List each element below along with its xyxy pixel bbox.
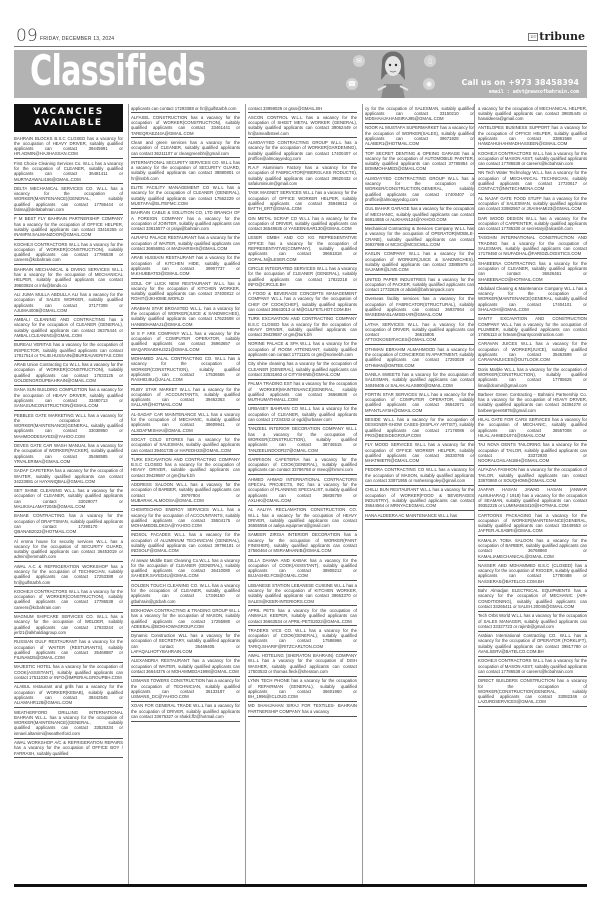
classified-ad: cy for the occupation of SALESMAN, suita…: [365, 104, 474, 124]
classified-ad: DIRECT BUILDERS CONSTRUCTION has a vacan…: [478, 677, 587, 707]
contact-email: email : advt@newsofbahrain.com: [489, 89, 579, 95]
classified-ad: SADAF CAFETERIA has a vacancy for the oc…: [14, 467, 123, 487]
classified-ad: TOP SECRET DENTING & OPEING GARAGE has a…: [365, 149, 474, 174]
classified-ad: KOOHEJI CONTRACTORS W.L.L has a vacancy …: [14, 240, 123, 265]
classified-ad: HILAL GATE FOR CARS SERVICES has a vacan…: [478, 416, 587, 441]
classified-ad: Dynamic Construction WLL has a vacancy f…: [131, 632, 240, 657]
mail-icon: ✉: [353, 55, 365, 67]
classified-ad: SOUL OF LUCK NEW RESTAURANT W.L.L has a …: [131, 279, 240, 304]
classified-ad: BANAB CONTRACTING has a vacancy for the …: [14, 512, 123, 537]
classified-ad: M S F ARK COMPANY W.L.L has a vacancy fo…: [131, 329, 240, 354]
column-4: cy for the occupation of SALESMAN, suita…: [365, 104, 474, 884]
classified-ad: FLY MOOD SERVICES W.L.L has a vacancy fo…: [365, 441, 474, 466]
classified-ad: a vacancy for the occupation of MECHANIC…: [478, 104, 587, 124]
classified-ad: BUREAU VERITAS has a vacancy for the occ…: [14, 341, 123, 361]
classified-ad: BESIDE W.L.L has a vacancy for the occup…: [365, 416, 474, 441]
classified-ad: AMBALI CLEANING AND CONTRACTING has a va…: [14, 316, 123, 341]
classified-ad: FEDORA CONTRACTING CO W.L.L has a vacanc…: [365, 466, 474, 486]
classified-ad: TAJ NOVA GENTS TAILORING has a vacancy f…: [478, 441, 587, 466]
mobile-icon: ▯: [424, 55, 436, 67]
classified-ad: NOOR AL MUSTAFA SUPERMARKET has a vacanc…: [365, 124, 474, 149]
classified-columns: VACANCIES AVAILABLE BAHRAIN BLOCKS B.S.C…: [14, 104, 587, 884]
column-5: a vacancy for the occupation of MECHANIC…: [478, 104, 587, 884]
classified-ad: ELITE FACILITY MANAGEMENT CO W.L.L has a…: [131, 184, 240, 209]
classified-ad: ADDRESS SALOON W.L.L has a vacancy for t…: [131, 481, 240, 506]
classified-ad: Barbeer Green Contracting - Bahraini Par…: [478, 390, 587, 415]
classified-ad: ALEXANDRIA RESTAURANT has a vacancy for …: [131, 657, 240, 677]
classified-ad: LATHA SERVICES W.L.L has a vacancy for t…: [365, 320, 474, 345]
classified-ad: R.A.F Aluminium Factory has a vacancy fo…: [248, 164, 357, 189]
column-2: applicants can contact 17293388 or hr@gu…: [131, 104, 240, 884]
classified-ad: NORINE PALACE & SPA W.L.L has a vacancy …: [248, 340, 357, 360]
classified-ad: ALMOAYYED CONTRACTING GROUP W.L.L has a …: [365, 174, 474, 204]
column-1: VACANCIES AVAILABLE BAHRAIN BLOCKS B.S.C…: [14, 104, 123, 884]
classified-ad: KOOHEJI CONTRACTORS W.L.L has a vacancy …: [478, 657, 587, 677]
classified-ad: ASCON CONTROL W.L.L has a vacancy for th…: [248, 113, 357, 138]
classified-ad: BOKHOWA CONTRACTING & TRADING GROUP W.L.…: [131, 606, 240, 631]
page-header: 09 FRIDAY, DECEMBER 13, 2024 DTtribune: [14, 28, 587, 47]
classified-ad: KOOHEJI CONTRACTORS W.L.L has a vacancy …: [478, 149, 587, 169]
classified-ad: ALI JUMA MULLA ABDULLA ALI has a vacancy…: [14, 290, 123, 315]
classified-ad: ALFASEL CONSTRUCTION has a vacancy for t…: [131, 113, 240, 138]
classified-ad: KASLIN COMPANY W.L.L has a vacancy for t…: [365, 250, 474, 275]
classified-ad: PALMA TRADING EST has a vacancy for the …: [248, 380, 357, 405]
classified-ad: TANZEEL INTERIOR DECORATION COMPANY W.L.…: [248, 425, 357, 455]
classified-ad: DANILA SWEETS has a vacancy for the occu…: [365, 370, 474, 390]
classified-ad: BAHRAIN MECHANICAL & DIVING SERVICES W.L…: [14, 265, 123, 290]
classified-ad: TASGHIN INTERNATIONAL CONSTRUCTION AND T…: [478, 234, 587, 259]
classified-ad: ALMOAYYED CONTRACTING GROUP W.L.L has a …: [248, 138, 357, 163]
classified-ad: MOHAMED JALAL CONTRACTING CO. W.L.L has …: [131, 355, 240, 385]
classified-ad: DEVES GATE CAR WASH MANUAL has a vacancy…: [14, 442, 123, 467]
classified-ad: USMANS TOWERS CONSTRUCTION has a vacancy…: [131, 677, 240, 702]
classified-ad: JAAFAR HASAN JAWAD HASAN (ANWAR ALMUHARA…: [478, 486, 587, 511]
classified-ad: Al emma house for security services W.L.…: [14, 537, 123, 562]
classified-ad: Bahr Almadjan ELECTRICAL EQUIPMENTS has …: [478, 587, 587, 612]
column-3: contact 33959029 or gsss@GMAIL.BHASCON C…: [248, 104, 357, 884]
classified-ad: Tech Orbit World W.L.L has a vacancy for…: [478, 612, 587, 632]
classified-ad: INTERNATIONAL SECURITY SERVICES CO. W.L.…: [131, 158, 240, 183]
logo-mark: DT: [528, 33, 538, 41]
classified-ad: ALRAFIJ PALACE RESTAURANT has a vacancy …: [131, 234, 240, 254]
classified-ad: TURK EXCAVATION AND CONTRACTING COMPANY …: [248, 315, 357, 340]
banner-title: Classifieds: [30, 50, 205, 95]
classified-ad: URBASEY BAHRAIN CO W.L.L has a vacancy f…: [248, 405, 357, 425]
classified-ad: ALABUL restaurant and grills has a vacan…: [14, 683, 123, 708]
contact-phone: Call us on +973 38458394: [462, 78, 579, 87]
classified-ad: TASK MAGNET SERVICES W.L.L has a vacancy…: [248, 189, 357, 214]
support-agent-illustration: [376, 50, 410, 98]
newspaper-logo: DTtribune: [528, 30, 585, 43]
classified-ad: APRIL PETS has a vacancy for the occupat…: [248, 606, 357, 626]
classified-ad: LESER GMBH AND CO KG REPRESENTATIVE OFFI…: [248, 234, 357, 264]
classified-ad: DELTA MECHANICAL SERVICES CO. W.L.L has …: [14, 184, 123, 214]
classified-ad: ANTELOPES BUSINESS SUPPORT has a vacancy…: [478, 124, 587, 149]
classified-ad: RUBY STAR MARKET W.L.L has a vacancy for…: [131, 385, 240, 410]
classified-ad: RUSSIAN GULF RESTAURANT has a vacancy fo…: [14, 638, 123, 663]
logo-text: tribune: [539, 30, 585, 43]
classified-ad: AWAL WORKSHOP A/C & REFRIGERATION REPAIR…: [14, 739, 123, 759]
classified-ad: MAJESTIC HOTEL has a vacancy for the occ…: [14, 663, 123, 683]
classified-ad: WEATHERFORD DRILLING INTERNATIONAL BAHRA…: [14, 708, 123, 738]
classified-ad: MD SHAHJAHAN SIRAJ FOR TEXTILES- BAHRAIN…: [248, 702, 357, 717]
classified-ad: ARAB HUSSAIN RESTAURANT has a vacancy fo…: [131, 254, 240, 279]
classified-ad: AL AALIYA RECLAMATION CONSTRUCTION CO. W…: [248, 506, 357, 531]
classified-ad: SHABEENA CONTRACTING has a vacancy for t…: [478, 259, 587, 284]
classified-ad: Mechanical Contracting & Services Compan…: [365, 225, 474, 250]
classified-ad: GUL BAHAR GARAGE has a vacancy for the o…: [365, 205, 474, 225]
classified-ad: AL-SADAF CAR MAINTENANCE W.L.L has a vac…: [131, 410, 240, 435]
classified-ad: KAMALIA TOBA SALOON has a vacancy for th…: [478, 536, 587, 561]
classified-ad: F M BEST FLY BAHRAIN PARTNERSHIP COMPANY…: [14, 215, 123, 240]
classified-ad: UNITED PAPER INDUSTRIES has a vacancy fo…: [365, 275, 474, 295]
classified-ad: contact 33959029 or gsss@GMAIL.BH: [248, 104, 357, 113]
classified-ad: CARAVAN JUICES W.L.L has a vacancy for t…: [478, 340, 587, 365]
classified-ad: GOLDEN TOUCH CLEANING CO. W.L.L has a va…: [131, 581, 240, 606]
classified-ad: AWAL HOTELING (SHERATON BAHRAIN) COMPANY…: [248, 652, 357, 677]
classified-ad: TURK EXCAVATION AND CONTRACTING COMPANY …: [131, 455, 240, 480]
bottom-rule: [14, 884, 587, 887]
classified-ad: FORTIN STAR SERVICES W.L.L has a vacancy…: [365, 390, 474, 415]
classified-ad: First Choice Cleaning Services Co. W.L.L…: [14, 159, 123, 184]
classified-ad: DILLA DAHWA AND KABAK has a vacancy for …: [248, 556, 357, 581]
classified-ad: Abdulaal Cleaning & Maintenance Company …: [478, 284, 587, 314]
classified-ad: ARABIAN STAR BROASTED W.L.L. has a vacan…: [131, 304, 240, 329]
classified-ad: CHILLI BUN RESTAURANT W.L.L has a vacanc…: [365, 486, 474, 511]
classified-ad: HANA ALDEERA AC MAINTENANCE W.L.L has: [365, 511, 474, 520]
classified-ad: A FOOD & BEVERAGE CONCEPTS MANAGEMENT CO…: [248, 290, 357, 315]
classified-ad: Overseas facility services has a vacancy…: [365, 295, 474, 320]
classified-ad: CHEMTECHNO ENERGY SERVICES W.L.L has a v…: [131, 506, 240, 531]
classified-ad: SOCAT COLD STORES has a vacancy for the …: [131, 435, 240, 455]
classified-ad: AHMED AHMAD INTERNATIONAL CONTRACTORS SP…: [248, 475, 357, 505]
classified-ad: GIN METAL SCRAP CO W.L.L has a vacancy f…: [248, 214, 357, 234]
classified-ad: NASSER ABD MOHAMMED B.S.C (CLOSED) has a…: [478, 561, 587, 586]
phone-icon: ☎: [346, 78, 358, 90]
classified-ad: BAHRAIN CABLE & SOLUTION CO, LTD BRANCH …: [131, 209, 240, 234]
classified-ad: BAHRAIN BLOCKS B.S.C CLOSED has a vacanc…: [14, 134, 123, 159]
globe-icon: ◉: [423, 78, 435, 90]
classified-ad: Doris Marble W.L.L has a vacancy for the…: [478, 365, 587, 390]
classified-ad: NN Tech Water Technology W.L.L has a vac…: [478, 169, 587, 194]
classified-ad: Al anwar Middle East Cleaning Co.W.L.L h…: [131, 556, 240, 581]
classified-ad: Arabian International Contracting CO. W.…: [478, 632, 587, 657]
classified-ad: SET SHINE CLEANING W.L.L has a vacancy f…: [14, 487, 123, 512]
classified-ad: XOAN FOR GENERAL TRADE W.L.L has a vacan…: [131, 702, 240, 722]
classified-ad: PEBBLES GATE MARKETING W.L.L has a vacan…: [14, 411, 123, 441]
classified-ad: ARAB Union Contracting Co W.L.L has a va…: [14, 361, 123, 386]
classified-ad: DAR WOOD DESIGN W.L.L has a vacancy for …: [478, 214, 587, 234]
classified-ad: AWAL A.C & REFRIGERATION WORKSHOP has a …: [14, 562, 123, 587]
classified-ad: INDSOL FACADES W.L.L has a vacancy for t…: [131, 531, 240, 556]
classified-ad: SANA SUN BUILDING COMPLETION has a vacan…: [14, 386, 123, 411]
classified-ad: GARRISON CAFETERIA has a vacancy for the…: [248, 455, 357, 475]
issue-date: FRIDAY, DECEMBER 13, 2024: [40, 36, 114, 42]
classified-ad: AL NAJAF GATE FOOD STUFF has a vacancy f…: [478, 194, 587, 214]
classified-ad: TRADERS VICS CO. W.L.L has a vacancy for…: [248, 626, 357, 651]
classified-ad: Clean and green services has a vacancy f…: [131, 138, 240, 158]
section-heading: VACANCIES AVAILABLE: [14, 104, 123, 132]
classified-ad: KOOHEJI CONTRACTORS W.L.L has a vacancy …: [14, 587, 123, 612]
classified-ad: LEBANESE STATION LEBANESE CUISINE W.L.L …: [248, 581, 357, 606]
classified-ad: ALFAZAA FASHION has a vacancy for the oc…: [478, 466, 587, 486]
classified-ad: CARTOONS PACKAGING has a vacancy for the…: [478, 511, 587, 536]
classified-ad: LYNN TECH PHONE has a vacancy for the oc…: [248, 677, 357, 702]
classified-ad: OTHMAN EBRAHIM ALMAHMOOD has a vacancy f…: [365, 345, 474, 370]
page-number: 09: [16, 26, 38, 46]
classified-ad: SAMEER ZIRGIA INTERIOR DECORATION has a …: [248, 531, 357, 556]
classified-ad: City shine cleaning has a vacancy for th…: [248, 360, 357, 380]
classified-ad: SANTY EXCAVATION AND CONSTRUCTION COMPAN…: [478, 315, 587, 340]
classifieds-banner: Classifieds ✉ ☎ ▯ ◉ Call us on +973 3845…: [14, 50, 587, 98]
classified-ad: applicants can contact 17293388 or hr@gu…: [131, 104, 240, 113]
classified-ad: CIRCLE INTEGRATED SERVICES W.L.L has a v…: [248, 264, 357, 289]
classified-ad: MAGNUM SHIPCARE SERVICES CO. W.L.L has a…: [14, 613, 123, 638]
